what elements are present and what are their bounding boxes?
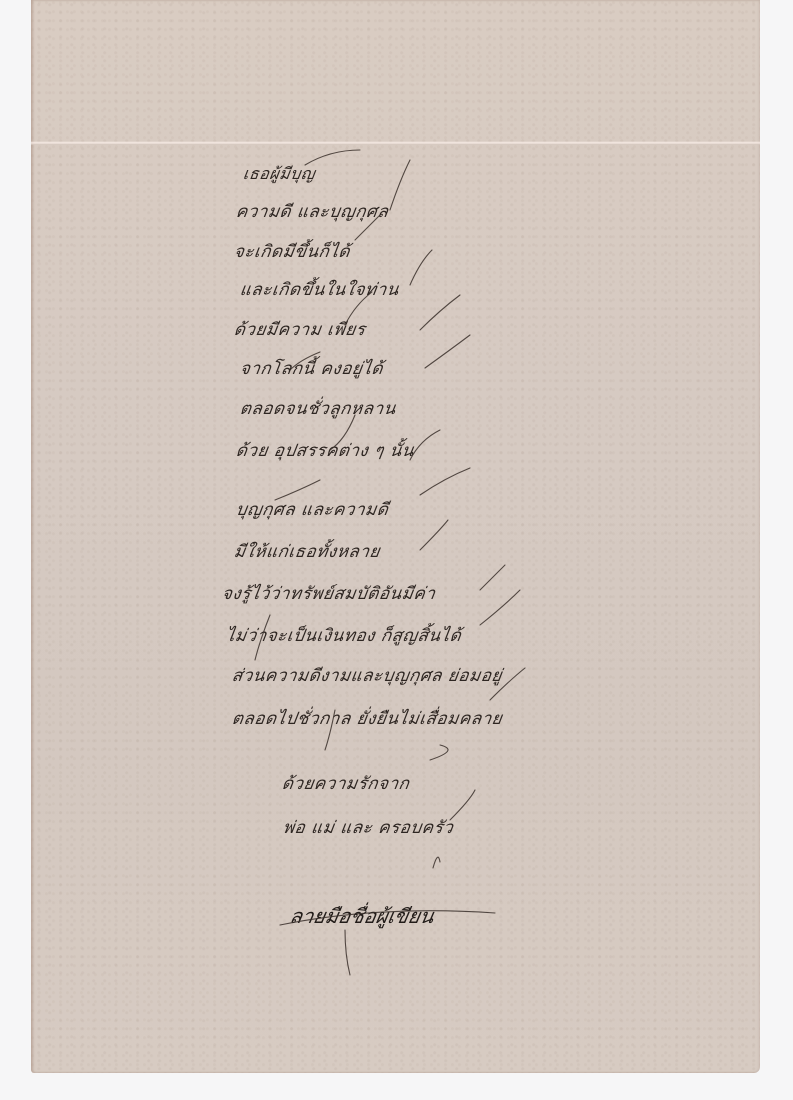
letter-line: ไม่ว่าจะเป็นเงินทอง ก็สูญสิ้นได้: [224, 622, 463, 649]
letter-closing-line-2: พ่อ แม่ และ ครอบครัว: [281, 814, 455, 841]
letter-line: ส่วนความดีงามและบุญกุศล ย่อมอยู่: [230, 662, 504, 689]
signature: ลายมือชื่อผู้เขียน: [287, 900, 436, 932]
letter-line: จะเกิดมีขึ้นก็ได้: [232, 238, 352, 265]
letter-line: ตลอดจนชั่วลูกหลาน: [238, 395, 398, 422]
letter-closing: ด้วยความรักจาก: [280, 770, 411, 797]
letter-line: จากโลกนี้ คงอยู่ได้: [238, 355, 385, 382]
letter-line: จงรู้ไว้ว่าทรัพย์สมบัติอันมีค่า: [220, 580, 437, 607]
handwritten-letter: เธอผู้มีบุญ ความดี และบุญกุศล จะเกิดมีขึ…: [0, 0, 793, 1100]
letter-line: มีให้แก่เธอทั้งหลาย: [232, 538, 382, 565]
letter-line: ตลอดไปชั่วกาล ยั่งยืนไม่เสื่อมคลาย: [230, 705, 504, 732]
letter-line: บุญกุศล และความดี: [234, 496, 390, 523]
letter-line: ด้วยมีความ เพียร: [232, 316, 367, 343]
letter-line: และเกิดขึ้นในใจท่าน: [238, 276, 401, 303]
letter-line: ด้วย อุปสรรคต่าง ๆ นั้น: [234, 437, 416, 464]
letter-line: ความดี และบุญกุศล: [234, 198, 390, 225]
letter-salutation: เธอผู้มีบุญ: [241, 162, 317, 187]
